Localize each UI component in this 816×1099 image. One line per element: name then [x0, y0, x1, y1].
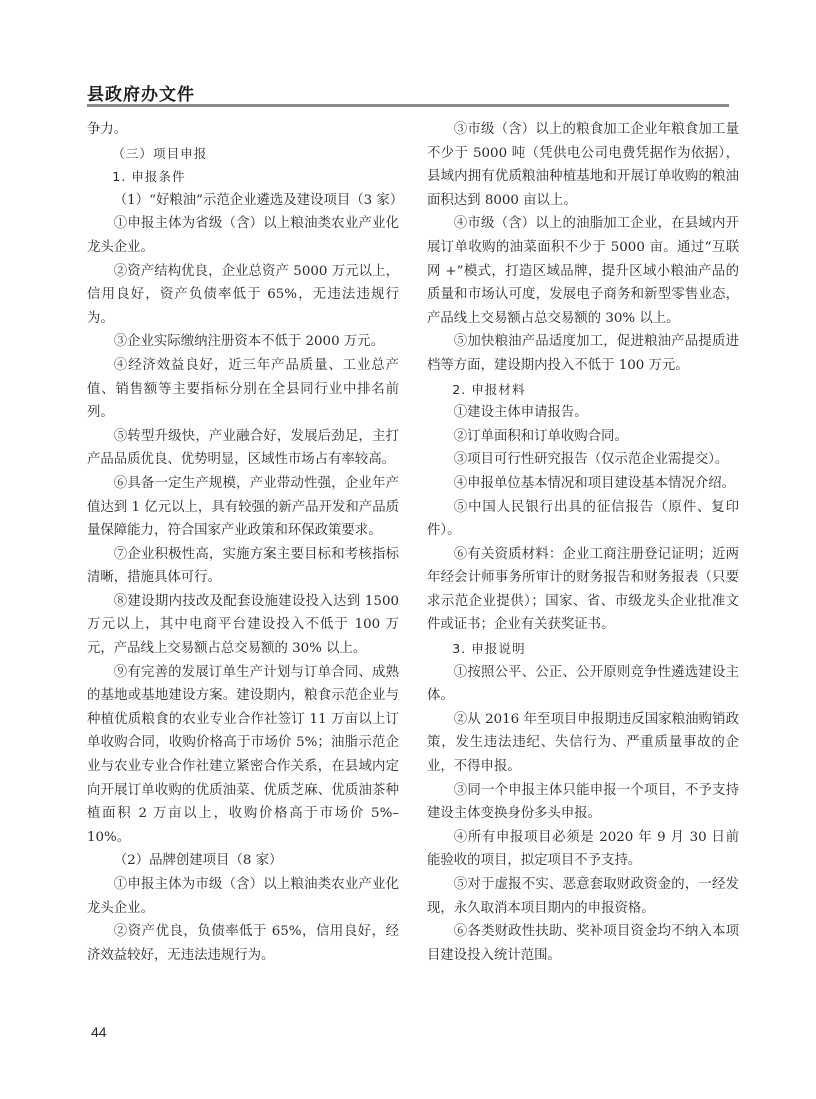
paragraph: ③项目可行性研究报告（仅示范企业需提交）。 [427, 448, 739, 472]
paragraph: ①申报主体为市级（含）以上粮油类农业产业化龙头企业。 [87, 873, 399, 920]
right-column: ③市级（含）以上的粮食加工企业年粮食加工量不少于 5000 吨（凭供电公司电费凭… [427, 118, 739, 967]
paragraph: ⑥有关资质材料：企业工商注册登记证明；近两年经会计师事务所审计的财务报告和财务报… [427, 543, 739, 637]
paragraph: ②从 2016 年至项目申报期违反国家粮油购销政策，发生违法违纪、失信行为、严重… [427, 708, 739, 779]
header-divider [87, 104, 729, 107]
page-number: 44 [91, 1024, 107, 1040]
paragraph: ②资产结构优良，企业总资产 5000 万元以上，信用良好，资产负债率低于 65%… [87, 260, 399, 331]
paragraph: ⑤转型升级快，产业融合好，发展后劲足，主打产品品质优良、优势明显，区域性市场占有… [87, 425, 399, 472]
paragraph: ①申报主体为省级（含）以上粮油类农业产业化龙头企业。 [87, 212, 399, 259]
subsection-heading: 1. 申报条件 [87, 165, 399, 189]
paragraph: （2）品牌创建项目（8 家） [87, 849, 399, 873]
paragraph: ⑧建设期内技改及配套设施建设投入达到 1500 万元以上，其中电商平台建设投入不… [87, 590, 399, 661]
paragraph: ④申报单位基本情况和项目建设基本情况介绍。 [427, 472, 739, 496]
running-header-title: 县政府办文件 [87, 80, 195, 105]
section-heading: （三）项目申报 [87, 142, 399, 166]
paragraph: ③市级（含）以上的粮食加工企业年粮食加工量不少于 5000 吨（凭供电公司电费凭… [427, 118, 739, 212]
subsection-heading: 2. 申报材料 [427, 378, 739, 402]
paragraph: ⑦企业积极性高，实施方案主要目标和考核指标清晰，措施具体可行。 [87, 543, 399, 590]
paragraph: ①按照公平、公正、公开原则竞争性遴选建设主体。 [427, 661, 739, 708]
paragraph: ⑥具备一定生产规模，产业带动性强，企业年产值达到 1 亿元以上，具有较强的新产品… [87, 472, 399, 543]
paragraph: ⑤对于虚报不实、恶意套取财政资金的，一经发现，永久取消本项目期内的申报资格。 [427, 873, 739, 920]
paragraph: ③同一个申报主体只能申报一个项目，不予支持建设主体变换身份多头申报。 [427, 779, 739, 826]
paragraph: （1）“好粮油”示范企业遴选及建设项目（3 家） [87, 189, 399, 213]
paragraph: ⑤加快粮油产品适度加工，促进粮油产品提质进档等方面，建设期内投入不低于 100 … [427, 330, 739, 377]
paragraph: ②订单面积和订单收购合同。 [427, 425, 739, 449]
paragraph: ⑨有完善的发展订单生产计划与订单合同、成熟的基地或基地建设方案。建设期内，粮食示… [87, 661, 399, 850]
left-column: 争力。 （三）项目申报 1. 申报条件 （1）“好粮油”示范企业遴选及建设项目（… [87, 118, 399, 967]
paragraph: ④所有申报项目必须是 2020 年 9 月 30 日前能验收的项目，拟定项目不予… [427, 826, 739, 873]
paragraph: ②资产优良，负债率低于 65%，信用良好，经济效益较好，无违法违规行为。 [87, 920, 399, 967]
paragraph: ④经济效益良好，近三年产品质量、工业总产值、销售额等主要指标分别在全县同行业中排… [87, 354, 399, 425]
paragraph: 争力。 [87, 118, 399, 142]
paragraph: ⑤中国人民银行出具的征信报告（原件、复印件）。 [427, 496, 739, 543]
subsection-heading: 3. 申报说明 [427, 637, 739, 661]
paragraph: ④市级（含）以上的油脂加工企业，在县域内开展订单收购的油菜面积不少于 5000 … [427, 212, 739, 330]
paragraph: ⑥各类财政性扶助、奖补项目资金均不纳入本项目建设投入统计范围。 [427, 920, 739, 967]
paragraph: ①建设主体申请报告。 [427, 401, 739, 425]
paragraph: ③企业实际缴纳注册资本不低于 2000 万元。 [87, 330, 399, 354]
